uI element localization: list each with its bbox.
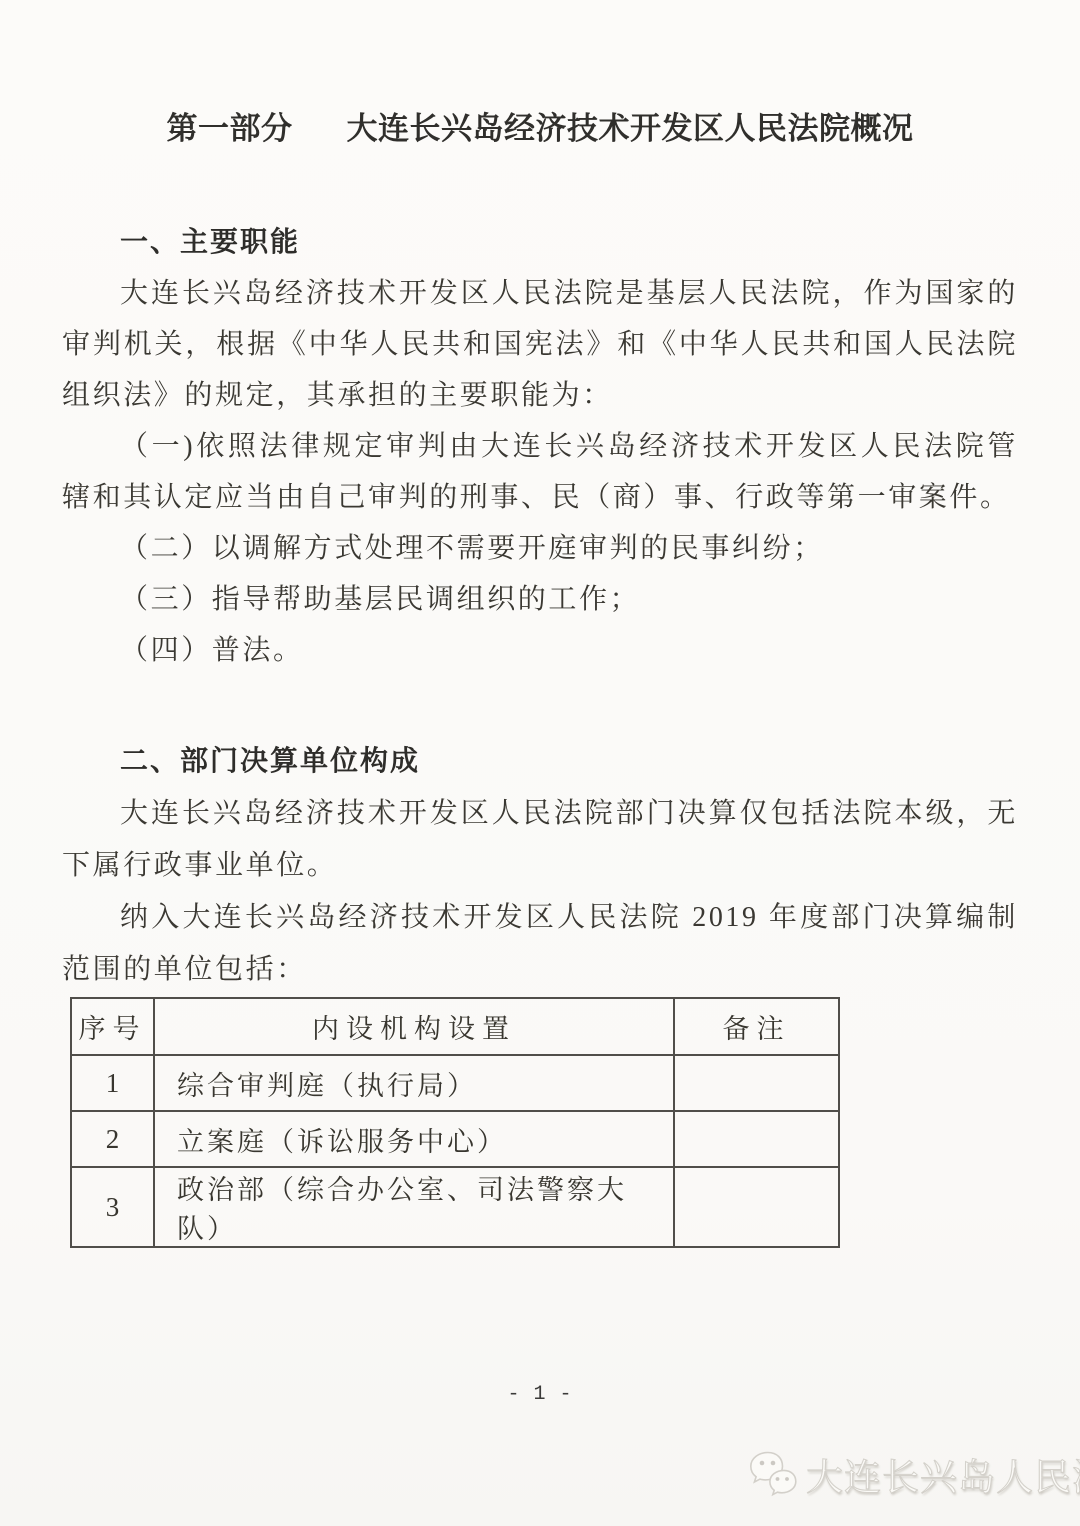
title-part-label: 第一部分 xyxy=(167,111,293,146)
table-row: 3 政治部（综合办公室、司法警察大队） xyxy=(71,1167,839,1247)
section1-item-4: （四）普法。 xyxy=(62,625,1018,676)
header-cell-index: 序号 xyxy=(71,998,154,1055)
section2-paragraph-2: 纳入大连长兴岛经济技术开发区人民法院 2019 年度部门决算编制范围的单位包括： xyxy=(62,892,1018,996)
wechat-icon xyxy=(746,1449,800,1499)
section1-item-2: （二）以调解方式处理不需要开庭审判的民事纠纷； xyxy=(62,523,1018,574)
header-cell-note: 备注 xyxy=(674,998,839,1055)
row2-org: 立案庭（诉讼服务中心） xyxy=(154,1111,674,1167)
org-structure-table: 序号 内设机构设置 备注 1 综合审判庭（执行局） 2 立案庭（诉讼服务中心） … xyxy=(70,997,840,1248)
row2-index: 2 xyxy=(71,1111,154,1167)
row3-org: 政治部（综合办公室、司法警察大队） xyxy=(154,1167,674,1247)
section1-item-1: （一)依照法律规定审判由大连长兴岛经济技术开发区人民法院管辖和其认定应当由自己审… xyxy=(62,421,1018,523)
row2-note xyxy=(674,1111,839,1167)
table-row: 2 立案庭（诉讼服务中心） xyxy=(71,1111,839,1167)
section2-paragraph-1: 大连长兴岛经济技术开发区人民法院部门决算仅包括法院本级，无下属行政事业单位。 xyxy=(62,788,1018,892)
section1-heading: 一、主要职能 xyxy=(62,217,1018,268)
document-page: 第一部分大连长兴岛经济技术开发区人民法院概况 一、主要职能 大连长兴岛经济技术开… xyxy=(0,0,1080,1526)
footer-watermark: 大连长兴岛人民法院 xyxy=(746,1447,1080,1501)
table-row: 1 综合审判庭（执行局） xyxy=(71,1055,839,1111)
section2-heading: 二、部门决算单位构成 xyxy=(62,736,1018,788)
section1-intro-paragraph: 大连长兴岛经济技术开发区人民法院是基层人民法院，作为国家的审判机关，根据《中华人… xyxy=(62,268,1018,421)
header-cell-org: 内设机构设置 xyxy=(154,998,674,1055)
row3-note xyxy=(674,1167,839,1247)
row1-org: 综合审判庭（执行局） xyxy=(154,1055,674,1111)
row3-index: 3 xyxy=(71,1167,154,1247)
document-title: 第一部分大连长兴岛经济技术开发区人民法院概况 xyxy=(0,103,1080,148)
row1-note xyxy=(674,1055,839,1111)
section-budget-units: 二、部门决算单位构成 大连长兴岛经济技术开发区人民法院部门决算仅包括法院本级，无… xyxy=(62,736,1018,996)
table-header-row: 序号 内设机构设置 备注 xyxy=(71,998,839,1055)
title-name-label: 大连长兴岛经济技术开发区人民法院概况 xyxy=(347,111,914,146)
watermark-text: 大连长兴岛人民法院 xyxy=(806,1447,1080,1501)
page-number: - 1 - xyxy=(0,1383,1080,1406)
row1-index: 1 xyxy=(71,1055,154,1111)
section-main-functions: 一、主要职能 大连长兴岛经济技术开发区人民法院是基层人民法院，作为国家的审判机关… xyxy=(62,217,1018,676)
section1-item-3: （三）指导帮助基层民调组织的工作； xyxy=(62,574,1018,625)
